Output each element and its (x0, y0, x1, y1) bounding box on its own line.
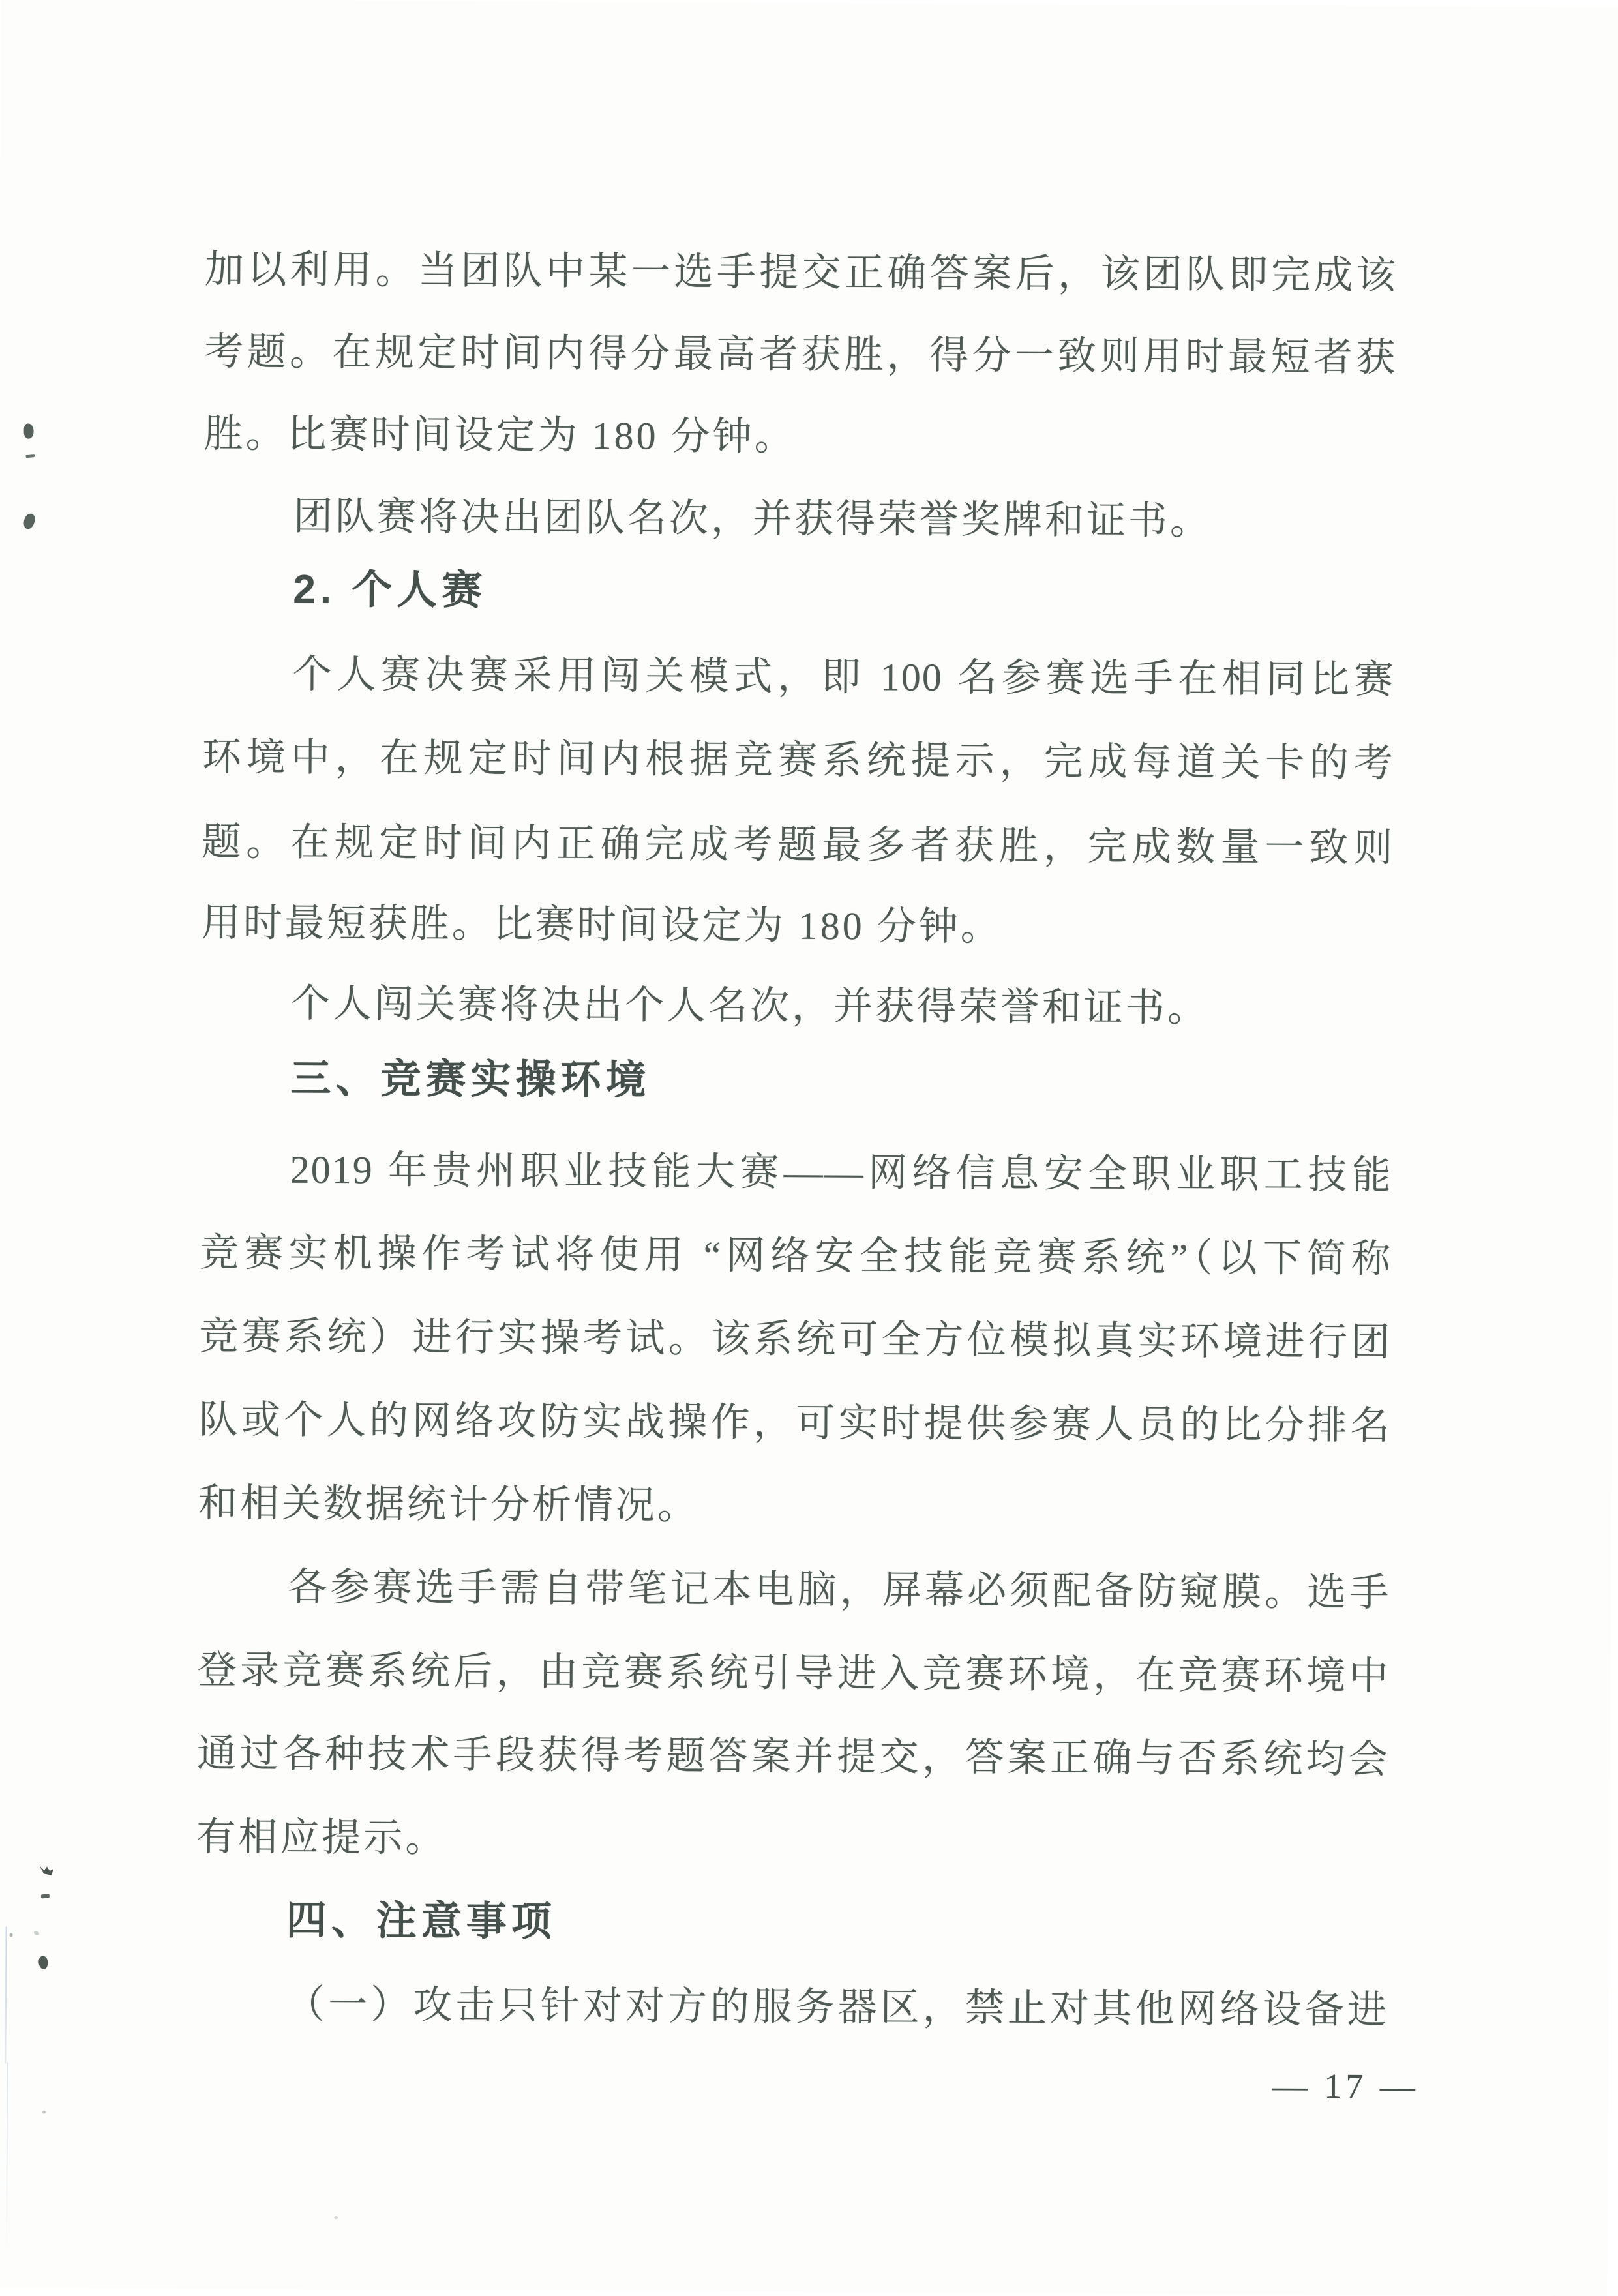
text-line-7: 环境中，在规定时间内根据竞赛系统提示，完成每道关卡的考 (202, 736, 1394, 785)
ink-smudge (38, 1956, 48, 1969)
text-line-6: 个人赛决赛采用闯关模式，即 100 名参赛选手在相同比赛 (203, 652, 1395, 702)
ink-speck (334, 2216, 338, 2219)
text-line-15: 队或个人的网络攻防实战操作，可实时提供参赛人员的比分排名 (199, 1398, 1391, 1448)
text-line-19: 通过各种技术手段获得考题答案并提交，答案正确与否系统均会 (197, 1732, 1389, 1782)
ink-speck (10, 1933, 13, 1937)
text-line-22: （一）攻击只针对对方的服务器区，禁止对其他网络设备进 (196, 1982, 1388, 2032)
document-body-text: 加以利用。当团队中某一选手提交正确答案后，该团队即完成该考题。在规定时间内得分最… (1, 0, 1618, 7)
text-line-1: 加以利用。当团队中某一选手提交正确答案后，该团队即完成该 (205, 248, 1397, 297)
text-line-8: 题。在规定时间内正确完成考题最多者获胜，完成数量一致则 (202, 820, 1394, 870)
text-line-18: 登录竞赛系统后，由竞赛系统引导进入竞赛环境，在竞赛环境中 (198, 1648, 1390, 1698)
ink-speck (42, 2111, 46, 2114)
ink-smudge (23, 513, 37, 530)
ink-smudge (24, 424, 34, 439)
text-line-3: 胜。比赛时间设定为 180 分钟。 (203, 412, 1396, 462)
scan-fold-line (5, 1926, 7, 2063)
text-line-9: 用时最短获胜。比赛时间设定为 180 分钟。 (202, 901, 1394, 951)
ink-dash (41, 1894, 50, 1899)
ink-check-smudge (40, 1864, 53, 1875)
scanned-document-page: 加以利用。当团队中某一选手提交正确答案后，该团队即完成该考题。在规定时间内得分最… (0, 0, 1618, 2289)
section-heading-line-5: 2. 个人赛 (203, 568, 1395, 618)
ink-speck (33, 1930, 40, 1937)
section-heading-line-11: 三、竞赛实操环境 (200, 1057, 1392, 1107)
text-line-10: 个人闯关赛将决出个人名次，并获得荣誉和证书。 (201, 981, 1393, 1031)
ink-dash (25, 454, 35, 458)
text-line-2: 考题。在规定时间内得分最高者获胜，得分一致则用时最短者获 (204, 330, 1396, 380)
text-line-16: 和相关数据统计分析情况。 (198, 1482, 1390, 1531)
text-line-13: 竞赛实机操作考试将使用 “网络安全技能竞赛系统”（以下简称 (200, 1231, 1392, 1281)
text-line-17: 各参赛选手需自带笔记本电脑，屏幕必须配备防窥膜。选手 (198, 1565, 1390, 1615)
text-line-12: 2019 年贵州职业技能大赛——网络信息安全职业职工技能 (200, 1148, 1392, 1197)
text-line-4: 团队赛将决出团队名次，并获得荣誉奖牌和证书。 (203, 494, 1396, 544)
text-line-20: 有相应提示。 (196, 1815, 1388, 1865)
text-line-14: 竞赛系统）进行实操考试。该系统可全方位模拟真实环境进行团 (199, 1315, 1391, 1364)
section-heading-line-21: 四、注意事项 (196, 1899, 1388, 1948)
scan-fold-line (6, 2062, 8, 2258)
page-number: — 17 — (1261, 2066, 1430, 2106)
